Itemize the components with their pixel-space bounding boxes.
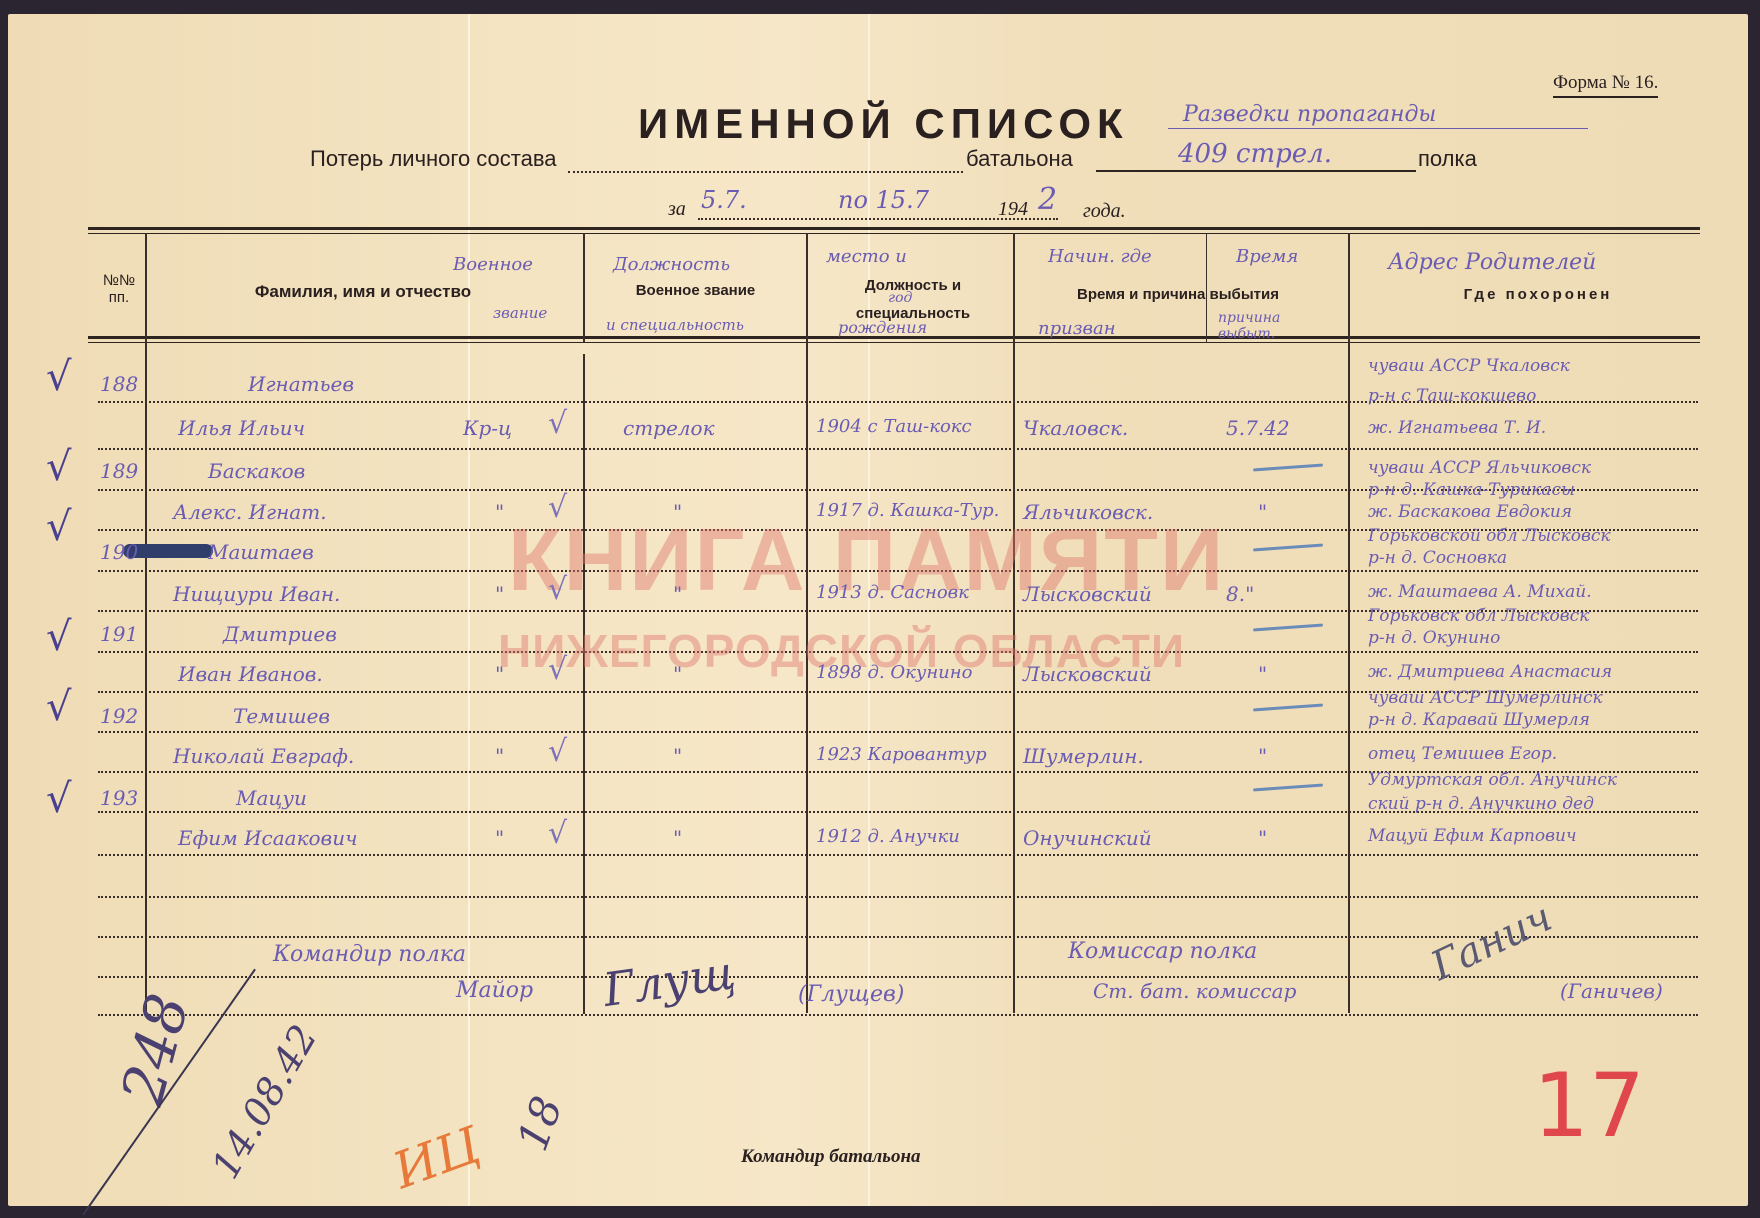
document-title: ИМЕННОЙ СПИСОК bbox=[638, 100, 1129, 148]
entry-drafted: Шумерлин. bbox=[1023, 744, 1144, 768]
header-time-reason: Время и причина выбытия bbox=[1048, 286, 1308, 303]
entry-birth: 1917 д. Кашка-Тур. bbox=[816, 500, 999, 521]
entry-address-line: р-н д. Кашка-Турикасы bbox=[1368, 480, 1575, 500]
header-burial-place: Где похоронен bbox=[1428, 286, 1648, 303]
entry-rank: " bbox=[495, 582, 504, 606]
regiment-label: полка bbox=[1418, 146, 1477, 172]
row-line bbox=[98, 448, 1698, 450]
check-mark-icon: √ bbox=[548, 816, 567, 851]
entry-position: " bbox=[673, 662, 682, 686]
header-number-label: №№ bbox=[94, 272, 144, 289]
header-position-handwritten: Должность bbox=[613, 254, 730, 275]
header-drafted-handwritten: Начин. где bbox=[1048, 246, 1152, 267]
check-mark-icon: √ bbox=[548, 490, 567, 525]
period-to: по 15.7 bbox=[838, 186, 929, 214]
entry-drafted: Лысковский bbox=[1023, 582, 1152, 606]
entry-address-line: р-н д. Сосновка bbox=[1368, 548, 1507, 568]
commissar-name: (Ганичев) bbox=[1560, 979, 1663, 1003]
header-date-handwritten: причина выбыт. bbox=[1218, 310, 1338, 342]
battalion-commander-footer: Командир батальона bbox=[741, 1146, 921, 1168]
red-page-number: 17 bbox=[1533, 1054, 1645, 1157]
title-underline bbox=[1168, 128, 1588, 129]
entry-rank: " bbox=[495, 744, 504, 768]
entry-drafted: Яльчиковск. bbox=[1023, 500, 1153, 524]
header-position-handwritten: и специальность bbox=[606, 316, 744, 334]
entry-name: Николай Евграф. bbox=[173, 744, 354, 768]
entry-rank: " bbox=[495, 826, 504, 850]
row-line bbox=[98, 854, 1698, 856]
check-mark-icon: √ bbox=[548, 406, 567, 441]
title-handwritten-note: Разведки пропаганды bbox=[1183, 102, 1436, 127]
entry-number: 188 bbox=[100, 372, 138, 396]
check-mark-icon: √ bbox=[548, 734, 567, 769]
entry-position: " bbox=[673, 582, 682, 606]
row-line bbox=[98, 896, 1698, 898]
entry-drafted: Онучинский bbox=[1023, 826, 1152, 850]
entry-rank: " bbox=[495, 500, 504, 524]
table-top-border-inner bbox=[88, 233, 1700, 234]
entry-date: " bbox=[1258, 826, 1267, 850]
entry-position: " bbox=[673, 826, 682, 850]
header-military-rank: Военное звание bbox=[588, 282, 803, 299]
entry-address-line: Мацуй Ефим Карпович bbox=[1368, 826, 1577, 846]
entry-surname: Мацуи bbox=[236, 786, 307, 810]
battalion-label: батальона bbox=[966, 146, 1073, 172]
check-mark-icon: √ bbox=[46, 444, 72, 490]
dash-mark bbox=[1253, 544, 1323, 552]
entry-number: 190 bbox=[100, 540, 138, 564]
entry-birth: 1923 Каровантур bbox=[816, 744, 987, 765]
entry-address-line: Удмуртская обл. Анучинск bbox=[1368, 770, 1617, 790]
year-prefix: 194 bbox=[998, 198, 1028, 221]
archive-number-note: 248 bbox=[108, 987, 202, 1112]
entry-address-line: ж. Маштаева А. Михай. bbox=[1368, 582, 1592, 602]
entry-date: 8." bbox=[1226, 582, 1254, 606]
header-birth-handwritten: место и bbox=[826, 246, 907, 267]
entry-address-line: ж. Дмитриева Анастасия bbox=[1368, 662, 1612, 682]
column-divider bbox=[583, 354, 585, 1014]
commander-label: Командир полка bbox=[273, 942, 466, 967]
header-parents-address-handwritten: Адрес Родителей bbox=[1388, 250, 1596, 275]
entry-position: " bbox=[673, 744, 682, 768]
header-number: №№ пп. bbox=[94, 272, 144, 306]
check-mark-icon: √ bbox=[46, 614, 72, 660]
period-from: 5.7. bbox=[701, 186, 747, 214]
row-line bbox=[98, 731, 1698, 733]
commander-signature: Глущ bbox=[600, 945, 739, 1017]
entry-address-line: р-н д. Окунино bbox=[1368, 628, 1500, 648]
orange-mark: ИЦ bbox=[386, 1116, 488, 1200]
entry-name: Ефим Исаакович bbox=[178, 826, 358, 850]
commissar-rank: Ст. бат. комиссар bbox=[1093, 979, 1296, 1003]
form-number: Форма № 16. bbox=[1553, 72, 1658, 98]
entry-drafted: Чкаловск. bbox=[1023, 416, 1128, 440]
entry-address-line: чуваш АССР Яльчиковск bbox=[1368, 458, 1591, 478]
losses-field-line bbox=[568, 171, 963, 173]
entry-date: " bbox=[1258, 500, 1267, 524]
entry-address-line: Горьковской обл Лысковск bbox=[1368, 526, 1611, 546]
page-count-note: 18 bbox=[508, 1090, 572, 1157]
entry-address-line: чуваш АССР Чкаловск bbox=[1368, 356, 1570, 376]
entry-address-line: ский р-н д. Анучкино дед bbox=[1368, 794, 1594, 814]
entry-birth: 1913 д. Сасновк bbox=[816, 582, 969, 603]
battalion-value: 409 стрел. bbox=[1178, 139, 1332, 169]
entry-surname: Темишев bbox=[233, 704, 330, 728]
entry-birth: 1912 д. Анучки bbox=[816, 826, 960, 847]
header-bottom-border-inner bbox=[88, 342, 1700, 343]
table-top-border bbox=[88, 227, 1700, 230]
dash-mark bbox=[1253, 784, 1323, 792]
entry-number: 191 bbox=[100, 622, 138, 646]
entry-birth: 1898 д. Окунино bbox=[816, 662, 972, 683]
entry-address-line: ж. Игнатьева Т. И. bbox=[1368, 418, 1546, 438]
check-mark-icon: √ bbox=[46, 684, 72, 730]
dash-mark bbox=[1253, 624, 1323, 632]
entry-birth: 1904 с Таш-кокс bbox=[816, 416, 972, 437]
entry-surname: Маштаев bbox=[208, 540, 314, 564]
entry-position: " bbox=[673, 500, 682, 524]
entry-name: Иван Иванов. bbox=[178, 662, 323, 686]
commander-rank: Майор bbox=[456, 978, 533, 1003]
entry-address-line: р-н д. Каравай Шумерля bbox=[1368, 710, 1590, 730]
entry-address-line: р-н с Таш-кокшево bbox=[1368, 386, 1536, 406]
document-sheet: Форма № 16. ИМЕННОЙ СПИСОК Разведки проп… bbox=[8, 14, 1748, 1206]
entry-date: 5.7.42 bbox=[1226, 416, 1290, 440]
entry-surname: Баскаков bbox=[208, 459, 305, 483]
period-prefix: за bbox=[668, 198, 686, 221]
header-birth-handwritten: рождения bbox=[838, 318, 927, 337]
entry-name: Нищиури Иван. bbox=[173, 582, 340, 606]
battalion-field-line bbox=[1096, 170, 1416, 172]
entry-number: 192 bbox=[100, 704, 138, 728]
entry-name: Алекс. Игнат. bbox=[173, 500, 327, 524]
header-rank-handwritten: Военное bbox=[453, 254, 533, 275]
entry-rank: " bbox=[495, 662, 504, 686]
entry-address-line: чуваш АССР Шумерлинск bbox=[1368, 688, 1603, 708]
column-divider bbox=[583, 233, 585, 343]
entry-number: 189 bbox=[100, 459, 138, 483]
dash-mark bbox=[1253, 464, 1323, 472]
header-drafted-handwritten: призван bbox=[1038, 318, 1116, 339]
check-mark-icon: √ bbox=[46, 776, 72, 822]
archive-date-note: 14.08.42 bbox=[203, 1017, 326, 1186]
header-birth-handwritten: год bbox=[888, 290, 912, 306]
entry-name: Илья Ильич bbox=[178, 416, 305, 440]
header-full-name: Фамилия, имя и отчество bbox=[208, 282, 518, 302]
check-mark-icon: √ bbox=[46, 504, 72, 550]
entry-number: 193 bbox=[100, 786, 138, 810]
year-suffix: года. bbox=[1083, 200, 1126, 223]
entry-surname: Игнатьев bbox=[248, 372, 354, 396]
header-number-label: пп. bbox=[94, 289, 144, 306]
header-date-handwritten: Время bbox=[1236, 246, 1298, 267]
entry-drafted: Лысковский bbox=[1023, 662, 1152, 686]
losses-label: Потерь личного состава bbox=[310, 146, 557, 172]
entry-address-line: ж. Баскакова Евдокия bbox=[1368, 502, 1572, 522]
entry-rank: Кр-ц bbox=[463, 416, 512, 440]
commissar-label: Комиссар полка bbox=[1068, 939, 1257, 964]
check-mark-icon: √ bbox=[548, 572, 567, 607]
entry-address-line: отец Темишев Егор. bbox=[1368, 744, 1557, 764]
entry-position: стрелок bbox=[623, 416, 715, 440]
check-mark-icon: √ bbox=[548, 652, 567, 687]
commander-name: (Глущев) bbox=[798, 982, 904, 1007]
entry-date: " bbox=[1258, 744, 1267, 768]
dash-mark bbox=[1253, 704, 1323, 712]
entry-surname: Дмитриев bbox=[223, 622, 337, 646]
header-rank-handwritten: звание bbox=[493, 304, 547, 322]
entry-address-line: Горьковск обл Лысковск bbox=[1368, 606, 1589, 626]
check-mark-icon: √ bbox=[46, 354, 72, 400]
entry-date: " bbox=[1258, 662, 1267, 686]
row-line bbox=[98, 1014, 1698, 1016]
year-value: 2 bbox=[1038, 182, 1057, 217]
